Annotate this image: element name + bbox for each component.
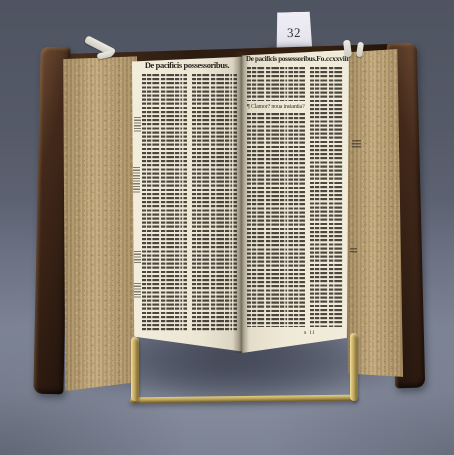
binding-tie [343,40,352,58]
left-page: De pacificis possessoribus. [132,55,242,353]
right-page-running-header: De pacificis possessoribus. [246,55,316,63]
left-page-running-header: De pacificis possessoribus. [132,60,242,70]
photo-antique-book-on-stand: 32 De pacificis possessoribus. De pacifi… [0,0,454,455]
book-stand-right-post [350,333,358,401]
text-column [142,74,187,331]
inset-subheading: ¶ Clamor? noua instantia? [247,101,305,113]
text-column [310,67,343,327]
right-page: De pacificis possessoribus. Fo.ccxxviii.… [242,50,349,353]
lot-number: 32 [287,25,301,41]
blackletter-text-block [192,74,237,331]
marginal-annotation [350,248,357,254]
blackletter-text-block [247,113,305,327]
gutter-shadow [233,52,249,353]
marginal-note [134,251,141,263]
left-fore-edge [60,53,137,391]
text-column: ¶ Clamor? noua instantia? [247,67,305,327]
book-stand-left-post [131,337,139,401]
right-page-header-row: De pacificis possessoribus. Fo.ccxxviii. [246,54,345,63]
marginal-note [134,117,141,132]
left-page-text-columns [142,74,237,331]
marginal-note [134,283,141,299]
marginal-annotation [352,140,361,149]
right-page-text-columns: ¶ Clamor? noua instantia? [247,67,343,327]
blackletter-text-block [142,74,187,331]
blackletter-text-block [247,67,305,101]
blackletter-text-block [310,67,343,327]
signature-mark: s ii [304,330,315,336]
marginal-note [133,167,140,193]
text-column [192,74,237,331]
